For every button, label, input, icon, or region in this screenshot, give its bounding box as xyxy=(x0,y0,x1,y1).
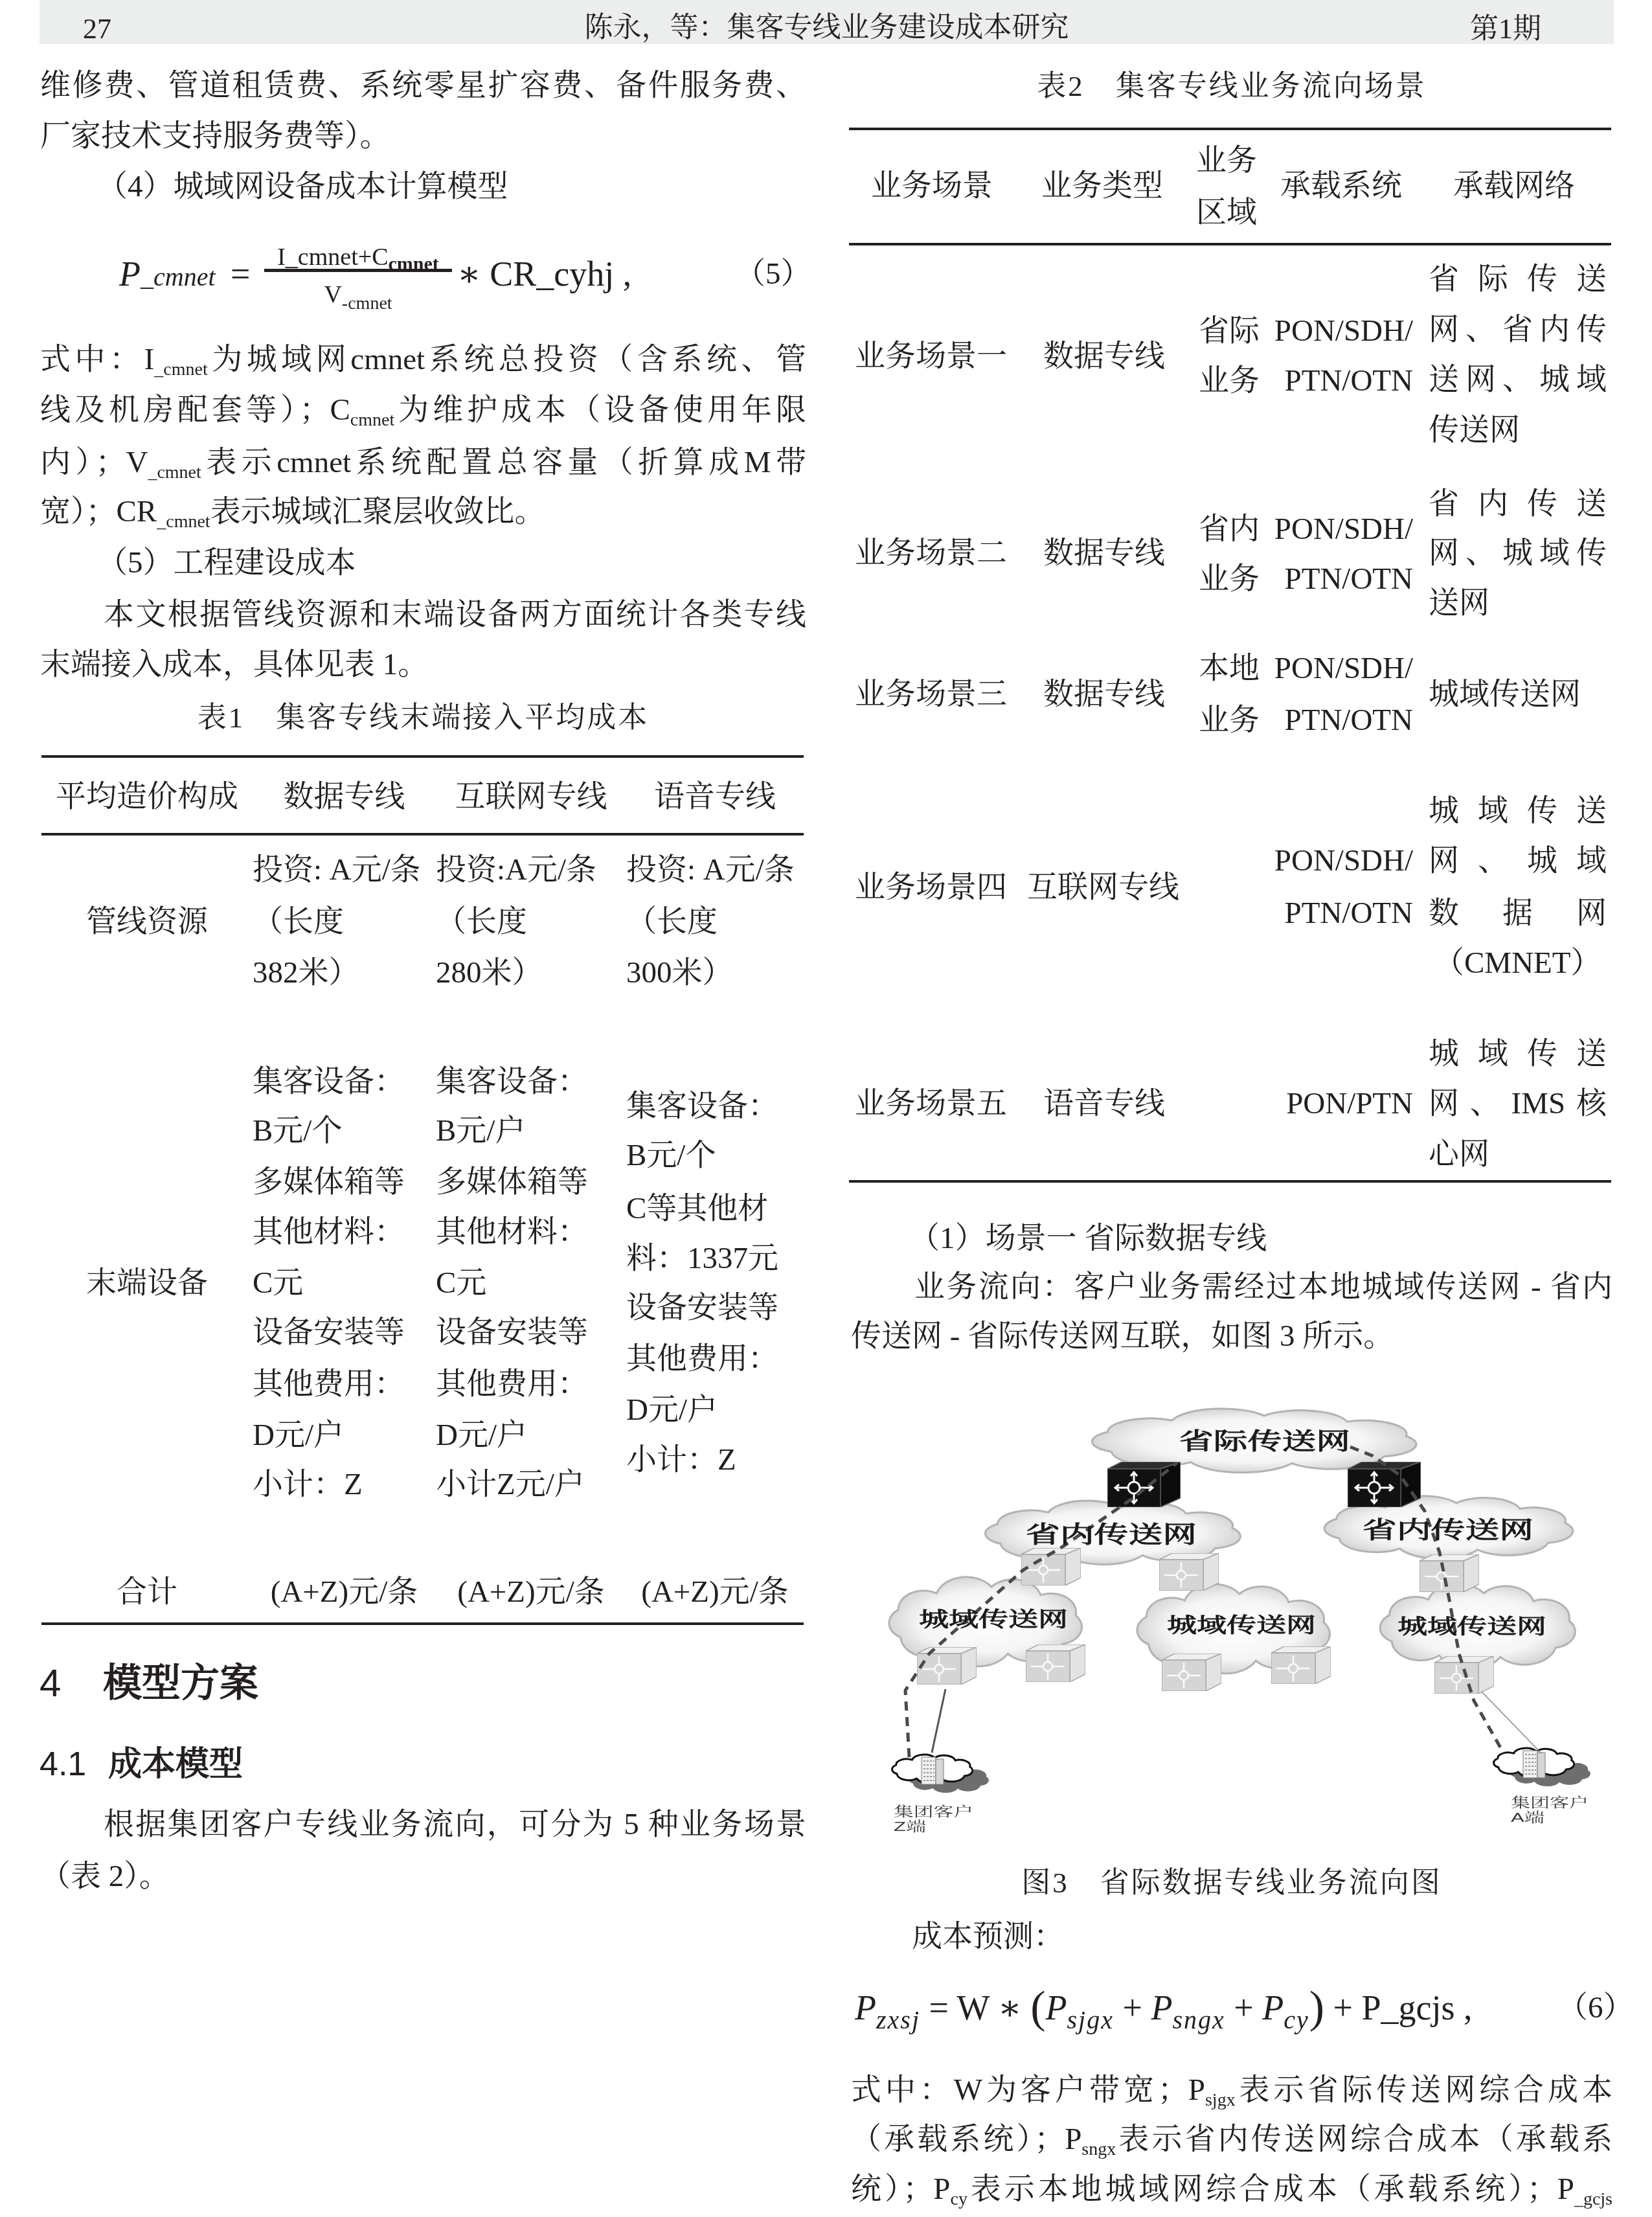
router-icon xyxy=(1026,1644,1085,1682)
open-paren: ( xyxy=(1030,1983,1045,2032)
table-row-label: 管线资源 xyxy=(41,902,253,941)
table-cell-line: C元 xyxy=(436,1264,486,1302)
table-cell-system: PTN/OTN xyxy=(1263,361,1413,400)
fraction-numerator: I_cmnet+Ccmnet xyxy=(264,243,452,279)
equals-sign: = xyxy=(929,1988,949,2027)
table-header-cell: 业务场景 xyxy=(871,166,993,205)
table-row-label: 末端设备 xyxy=(41,1264,253,1302)
table-cell-network: 网、省内传 xyxy=(1429,310,1607,349)
table-cell-line: 设备安装等 xyxy=(626,1288,778,1327)
table-cell-network: 传送网 xyxy=(1429,411,1520,449)
table-cell-line: 设备安装等 xyxy=(436,1313,588,1352)
table-cell-network: 网、IMS核 xyxy=(1429,1084,1607,1123)
router-icon xyxy=(917,1647,977,1685)
table-cell-network: 省内传送 xyxy=(1429,484,1607,523)
equation-symbol: P xyxy=(855,1988,876,2027)
denominator-subscript: -cmnet xyxy=(342,293,392,313)
access-link-line xyxy=(932,1689,945,1753)
subheading-4: （4）城域网设备成本计算模型 xyxy=(97,167,508,206)
definition-line: 统）；Pcy表示本地城域网综合成本（承载系统）；P_gcjs xyxy=(851,2170,1612,2209)
table-cell-type: 数据专线 xyxy=(1043,337,1165,376)
table-header-cell: 区域 xyxy=(1196,193,1257,232)
equation-subscript: zxsj xyxy=(876,2005,920,2034)
router-icon xyxy=(1420,1554,1479,1592)
figure-3-network-diagram: 省际传送网 省内传送网 省内传送网 城域传送网 城域传送网 城域传送网 集团客户… xyxy=(855,1386,1632,1852)
table-cell-scene: 业务场景三 xyxy=(855,675,1007,714)
table-cell-line: B元/个 xyxy=(626,1136,716,1175)
table-cell-line: 集客设备： xyxy=(436,1062,588,1101)
table-cell-scene: 业务场景四 xyxy=(855,868,1007,907)
table-row-label: 合计 xyxy=(41,1573,253,1611)
table-cell-line: 其他费用： xyxy=(626,1339,778,1378)
plus-sign: + xyxy=(1122,1988,1142,2027)
table-cell-region: 省际 xyxy=(1199,312,1260,350)
equation-tail: P_gcjs , xyxy=(1362,1988,1473,2027)
table-cell-line: 小计：Z xyxy=(626,1440,736,1479)
table-cell-system: PTN/OTN xyxy=(1263,701,1413,740)
section-heading-4-1: 4.1 成本模型 xyxy=(40,1744,428,1785)
equation-lhs: P_cmnet xyxy=(119,255,216,297)
table-cell-scene: 业务场景一 xyxy=(855,337,1007,376)
equation-tail: ∗ CR_cyhj , xyxy=(457,255,631,293)
running-title: 陈永，等：集客专线业务建设成本研究 xyxy=(40,12,1614,44)
table-cell-line: （长度 xyxy=(253,902,344,941)
paragraph-line: 传送网 - 省际传送网互联，如图 3 所示。 xyxy=(851,1317,1394,1356)
table-cell-line: 其他材料： xyxy=(253,1212,405,1251)
running-header: 27 陈永，等：集客专线业务建设成本研究 第1期 xyxy=(40,0,1614,44)
clients xyxy=(892,1748,1590,1793)
table-cell-line: D元/户 xyxy=(436,1416,527,1455)
table-header-rule xyxy=(41,833,804,836)
table-cell-system: PTN/OTN xyxy=(1263,560,1413,598)
table-cell-line: C元 xyxy=(253,1264,303,1302)
table-header-cell: 承载网络 xyxy=(1453,166,1575,205)
paragraph-line: 本文根据管线资源和末端设备两方面统计各类专线 xyxy=(104,595,806,634)
table-cell-line: (A+Z)元/条 xyxy=(626,1573,804,1611)
paragraph-line: 根据集团客户专线业务流向，可分为 5 种业务场景 xyxy=(104,1805,806,1844)
table-cell-line: 其他费用： xyxy=(436,1365,588,1404)
table-cell-system: PON/SDH/ xyxy=(1263,841,1413,880)
table-cell-type: 语音专线 xyxy=(1043,1084,1165,1123)
client-building-icon xyxy=(892,1755,989,1793)
table-cell-system: PON/SDH/ xyxy=(1263,510,1413,549)
table-cell-type: 数据专线 xyxy=(1043,534,1165,573)
table-cell-region: 本地 xyxy=(1199,649,1260,688)
plus-sign: + xyxy=(1333,1988,1353,2027)
table-cell-region: 业务 xyxy=(1199,361,1260,400)
table-top-rule xyxy=(41,755,804,758)
fraction-bar xyxy=(264,269,452,272)
table-cell-line: 多媒体箱等 xyxy=(436,1163,588,1201)
journal-page: 27 陈永，等：集客专线业务建设成本研究 第1期 维修费、管道租赁费、系统零星扩… xyxy=(0,0,1652,2217)
table-bottom-rule xyxy=(849,1180,1611,1183)
table-cell-line: B元/户 xyxy=(436,1111,525,1150)
equation-symbol: P xyxy=(1262,1988,1284,2027)
label-metro-middle: 城域传送网 xyxy=(1167,1613,1316,1637)
equation-subscript: cy xyxy=(1284,2005,1309,2034)
section-number: 4.1 xyxy=(40,1744,86,1785)
table-header-cell: 平均造价构成 xyxy=(41,777,253,816)
table-cell-region: 业务 xyxy=(1199,560,1260,598)
table-cell-line: C等其他材 xyxy=(626,1189,768,1228)
switch-icon xyxy=(1348,1462,1421,1507)
equation-symbol: P xyxy=(1046,1988,1067,2027)
section-title: 成本模型 xyxy=(108,1744,243,1785)
router-icon xyxy=(1159,1553,1219,1591)
equation-number: （6） xyxy=(1557,1982,1634,2034)
table-cell-network: 城域传送 xyxy=(1429,791,1607,830)
equation-5: P_cmnet = I_cmnet+Ccmnet V-cmnet ∗ CR_cy… xyxy=(119,233,806,311)
table-cell-line: 多媒体箱等 xyxy=(253,1163,405,1201)
table-cell-type: 互联网专线 xyxy=(1027,868,1179,907)
table-cell-line: 382米） xyxy=(253,953,359,992)
subheading-scenario-1: （1）场景一 省际数据专线 xyxy=(909,1219,1267,1258)
table-cell-line: 投资: A元/条 xyxy=(253,850,421,889)
table-2-caption: 表2 集客专线业务流向场景 xyxy=(851,67,1612,106)
table-cell-network: 数据网 xyxy=(1429,894,1607,933)
table-cell-line: （长度 xyxy=(626,902,718,941)
table-cell-line: B元/个 xyxy=(253,1111,342,1150)
equals-sign: = xyxy=(231,255,250,293)
denominator-text: V xyxy=(324,281,341,308)
equation-subscript: sngx xyxy=(1172,2005,1225,2034)
label-inter-provincial: 省际传送网 xyxy=(1179,1428,1350,1455)
switch-icon xyxy=(1107,1462,1181,1507)
table-header-cell: 数据专线 xyxy=(253,777,436,816)
label-provincial-left: 省内传送网 xyxy=(1026,1521,1197,1548)
table-cell-line: 设备安装等 xyxy=(253,1313,405,1352)
label-client-a: 集团客户 xyxy=(1511,1795,1589,1810)
label-metro-right: 城域传送网 xyxy=(1397,1615,1546,1638)
table-cell-line: 其他材料： xyxy=(436,1212,588,1251)
paragraph-line: 厂家技术支持服务费等）。 xyxy=(40,117,390,155)
cost-forecast-label: 成本预测： xyxy=(912,1917,1064,1956)
label-metro-left: 城域传送网 xyxy=(919,1608,1068,1631)
table-cell-line: D元/户 xyxy=(626,1391,718,1429)
table-cell-line: 投资: A元/条 xyxy=(626,850,795,889)
table-cell-system: PON/SDH/ xyxy=(1263,649,1413,688)
table-cell-line: 集客设备： xyxy=(626,1087,778,1126)
definition-line: 线及机房配套等）；Ccmnet为维护成本（设备使用年限 xyxy=(40,391,806,429)
subheading-5: （5）工程建设成本 xyxy=(97,543,356,582)
definition-line: 宽）；CR_cmnet表示城域汇聚层收敛比。 xyxy=(40,492,545,531)
table-cell-system: PON/PTN xyxy=(1263,1084,1413,1123)
access-link-line xyxy=(1482,1692,1541,1753)
table-cell-line: 其他费用： xyxy=(253,1365,405,1404)
router-icon xyxy=(1271,1646,1331,1684)
router-icon xyxy=(1162,1654,1221,1691)
table-cell-scene: 业务场景二 xyxy=(855,534,1007,573)
close-paren: ) xyxy=(1309,1983,1324,2032)
equation-subscript: sjgx xyxy=(1067,2005,1114,2034)
plus-sign: + xyxy=(1234,1988,1253,2027)
table-header-cell: 互联网专线 xyxy=(436,777,626,816)
equation-number: （5） xyxy=(735,255,811,293)
label-client-a-end: A端 xyxy=(1511,1810,1545,1825)
table-1-caption: 表1 集客专线末端接入平均成本 xyxy=(40,698,806,737)
table-cell-type: 数据专线 xyxy=(1043,675,1165,714)
table-header-cell: 业务 xyxy=(1196,141,1257,180)
label-client-z: 集团客户 xyxy=(894,1804,973,1819)
table-cell-network: 城域传送 xyxy=(1429,1034,1607,1073)
table-header-rule xyxy=(849,243,1611,245)
table-header-cell: 业务类型 xyxy=(1041,166,1163,205)
table-cell-line: 料：1337元 xyxy=(626,1239,778,1278)
table-header-cell: 承载系统 xyxy=(1280,166,1402,205)
equation-symbol: P xyxy=(1151,1988,1172,2027)
table-cell-region: 业务 xyxy=(1199,701,1260,740)
table-cell-network: 心网 xyxy=(1429,1135,1489,1174)
equation-6: Pzxsj = W ∗ (Psjgx + Psngx + Pcy) + P_gc… xyxy=(855,1982,1612,2034)
section-number: 4 xyxy=(40,1661,61,1706)
multiply-sign: ∗ xyxy=(998,1988,1022,2027)
table-cell-network: （CMNET） xyxy=(1434,944,1601,983)
section-heading-4: 4 模型方案 xyxy=(40,1661,428,1706)
table-cell-region: 省内 xyxy=(1199,510,1260,549)
figure-3-caption: 图3 省际数据专线业务流向图 xyxy=(851,1863,1612,1902)
paragraph-line: 末端接入成本，具体见表 1。 xyxy=(40,645,428,684)
label-client-z-end: Z端 xyxy=(894,1819,926,1834)
numerator-text: I_cmnet+C xyxy=(277,244,388,271)
table-cell-scene: 业务场景五 xyxy=(855,1084,1007,1123)
table-cell-network: 城域传送网 xyxy=(1429,675,1581,714)
paragraph-line: 业务流向：客户业务需经过本地城域传送网 - 省内 xyxy=(914,1268,1612,1306)
table-cell-network: 送网 xyxy=(1429,584,1489,622)
issue-number: 第1期 xyxy=(1470,13,1541,45)
table-cell-line: 小计Z元/户 xyxy=(436,1465,585,1504)
table-cell-line: 集客设备： xyxy=(253,1062,405,1101)
section-title: 模型方案 xyxy=(103,1661,258,1706)
table-cell-line: 小计：Z xyxy=(253,1465,363,1504)
table-cell-line: 投资:A元/条 xyxy=(436,850,596,889)
table-cell-line: (A+Z)元/条 xyxy=(253,1573,436,1611)
table-cell-system: PON/SDH/ xyxy=(1263,312,1413,350)
table-cell-line: 280米） xyxy=(436,953,543,992)
table-top-rule xyxy=(849,128,1611,130)
table-bottom-rule xyxy=(41,1622,804,1625)
table-cell-network: 网、城域传 xyxy=(1429,534,1607,573)
definition-line: （承载系统）；Psngx表示省内传送网综合成本（承载系 xyxy=(851,2120,1612,2159)
table-cell-line: （长度 xyxy=(436,902,527,941)
table-cell-line: (A+Z)元/条 xyxy=(436,1573,626,1611)
table-cell-line: 300米） xyxy=(626,953,733,992)
table-cell-network: 省际传送 xyxy=(1429,260,1607,299)
table-header-cell: 语音专线 xyxy=(626,777,804,816)
equation-symbol: P xyxy=(119,255,141,293)
definition-line: 式中：W为客户带宽；Psjgx表示省际传送网综合成本 xyxy=(851,2071,1612,2109)
equation-subscript: _cmnet xyxy=(141,262,216,291)
label-provincial-right: 省内传送网 xyxy=(1363,1517,1533,1543)
definition-line: 式中：I_cmnet为城域网cmnet系统总投资（含系统、管 xyxy=(40,340,806,379)
client-building-icon xyxy=(1494,1748,1590,1786)
table-cell-system: PTN/OTN xyxy=(1263,894,1413,933)
equation-symbol: W xyxy=(957,1988,990,2027)
definition-line: 内）；V_cmnet表示cmnet系统配置总容量（折算成M带 xyxy=(40,443,806,482)
paragraph-line: 维修费、管道租赁费、系统零星扩容费、备件服务费、 xyxy=(40,66,806,105)
table-cell-network: 送网、城域 xyxy=(1429,360,1607,399)
paragraph-line: （表 2）。 xyxy=(40,1857,170,1896)
table-cell-line: D元/户 xyxy=(253,1416,344,1455)
fraction-denominator: V-cmnet xyxy=(264,280,452,318)
table-cell-network: 网、城域 xyxy=(1429,841,1607,880)
